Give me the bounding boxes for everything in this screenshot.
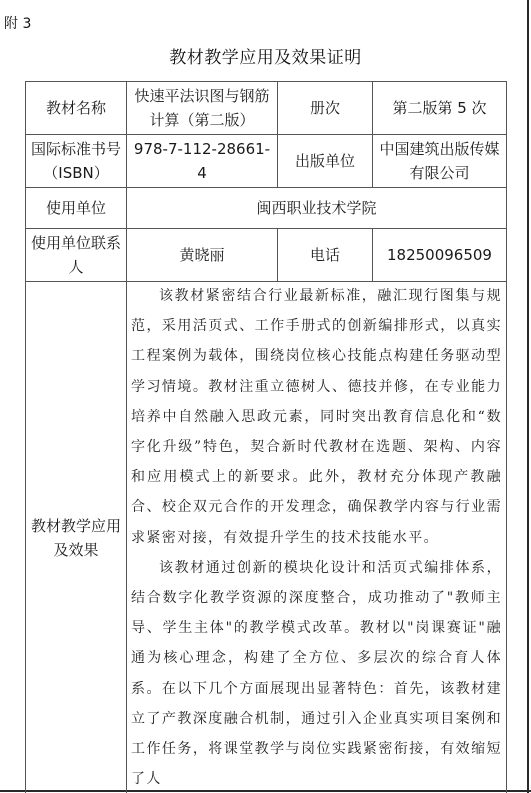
effect-paragraph-2: 该教材通过创新的模块化设计和活页式编排体系，结合数字化教学资源的深度整合，成功推… — [131, 553, 502, 793]
label-textbook-name: 教材名称 — [26, 82, 127, 135]
value-phone: 18250096509 — [373, 229, 507, 282]
value-isbn: 978-7-112-28661-4 — [127, 135, 278, 188]
label-edition: 册次 — [278, 82, 373, 135]
label-contact: 使用单位联系人 — [26, 229, 127, 282]
value-application-effect: 该教材紧密结合行业最新标准，融汇现行图集与规范，采用活页式、工作手册式的创新编排… — [127, 282, 507, 793]
row-isbn: 国际标准书号（ISBN） 978-7-112-28661-4 出版单位 中国建筑… — [26, 135, 507, 188]
textbook-info-table: 教材名称 快速平法识图与钢筋计算（第二版） 册次 第二版第 5 次 国际标准书号… — [25, 81, 507, 793]
row-user-unit: 使用单位 闽西职业技术学院 — [26, 188, 507, 229]
value-textbook-name: 快速平法识图与钢筋计算（第二版） — [127, 82, 278, 135]
label-application-effect: 教材教学应用及效果 — [26, 282, 127, 793]
label-phone: 电话 — [278, 229, 373, 282]
effect-paragraph-1: 该教材紧密结合行业最新标准，融汇现行图集与规范，采用活页式、工作手册式的创新编排… — [131, 281, 502, 553]
value-edition: 第二版第 5 次 — [373, 82, 507, 135]
document-title: 教材教学应用及效果证明 — [0, 43, 531, 68]
row-textbook-name: 教材名称 快速平法识图与钢筋计算（第二版） 册次 第二版第 5 次 — [26, 82, 507, 135]
label-user-unit: 使用单位 — [26, 188, 127, 229]
row-contact: 使用单位联系人 黄晓丽 电话 18250096509 — [26, 229, 507, 282]
row-application-effect: 教材教学应用及效果 该教材紧密结合行业最新标准，融汇现行图集与规范，采用活页式、… — [26, 282, 507, 793]
value-contact-name: 黄晓丽 — [127, 229, 278, 282]
value-publisher: 中国建筑出版传媒有限公司 — [373, 135, 507, 188]
label-publisher: 出版单位 — [278, 135, 373, 188]
label-isbn: 国际标准书号（ISBN） — [26, 135, 127, 188]
value-user-unit: 闽西职业技术学院 — [127, 188, 507, 229]
page-edge-right — [527, 0, 529, 793]
appendix-label: 附 3 — [4, 13, 31, 33]
